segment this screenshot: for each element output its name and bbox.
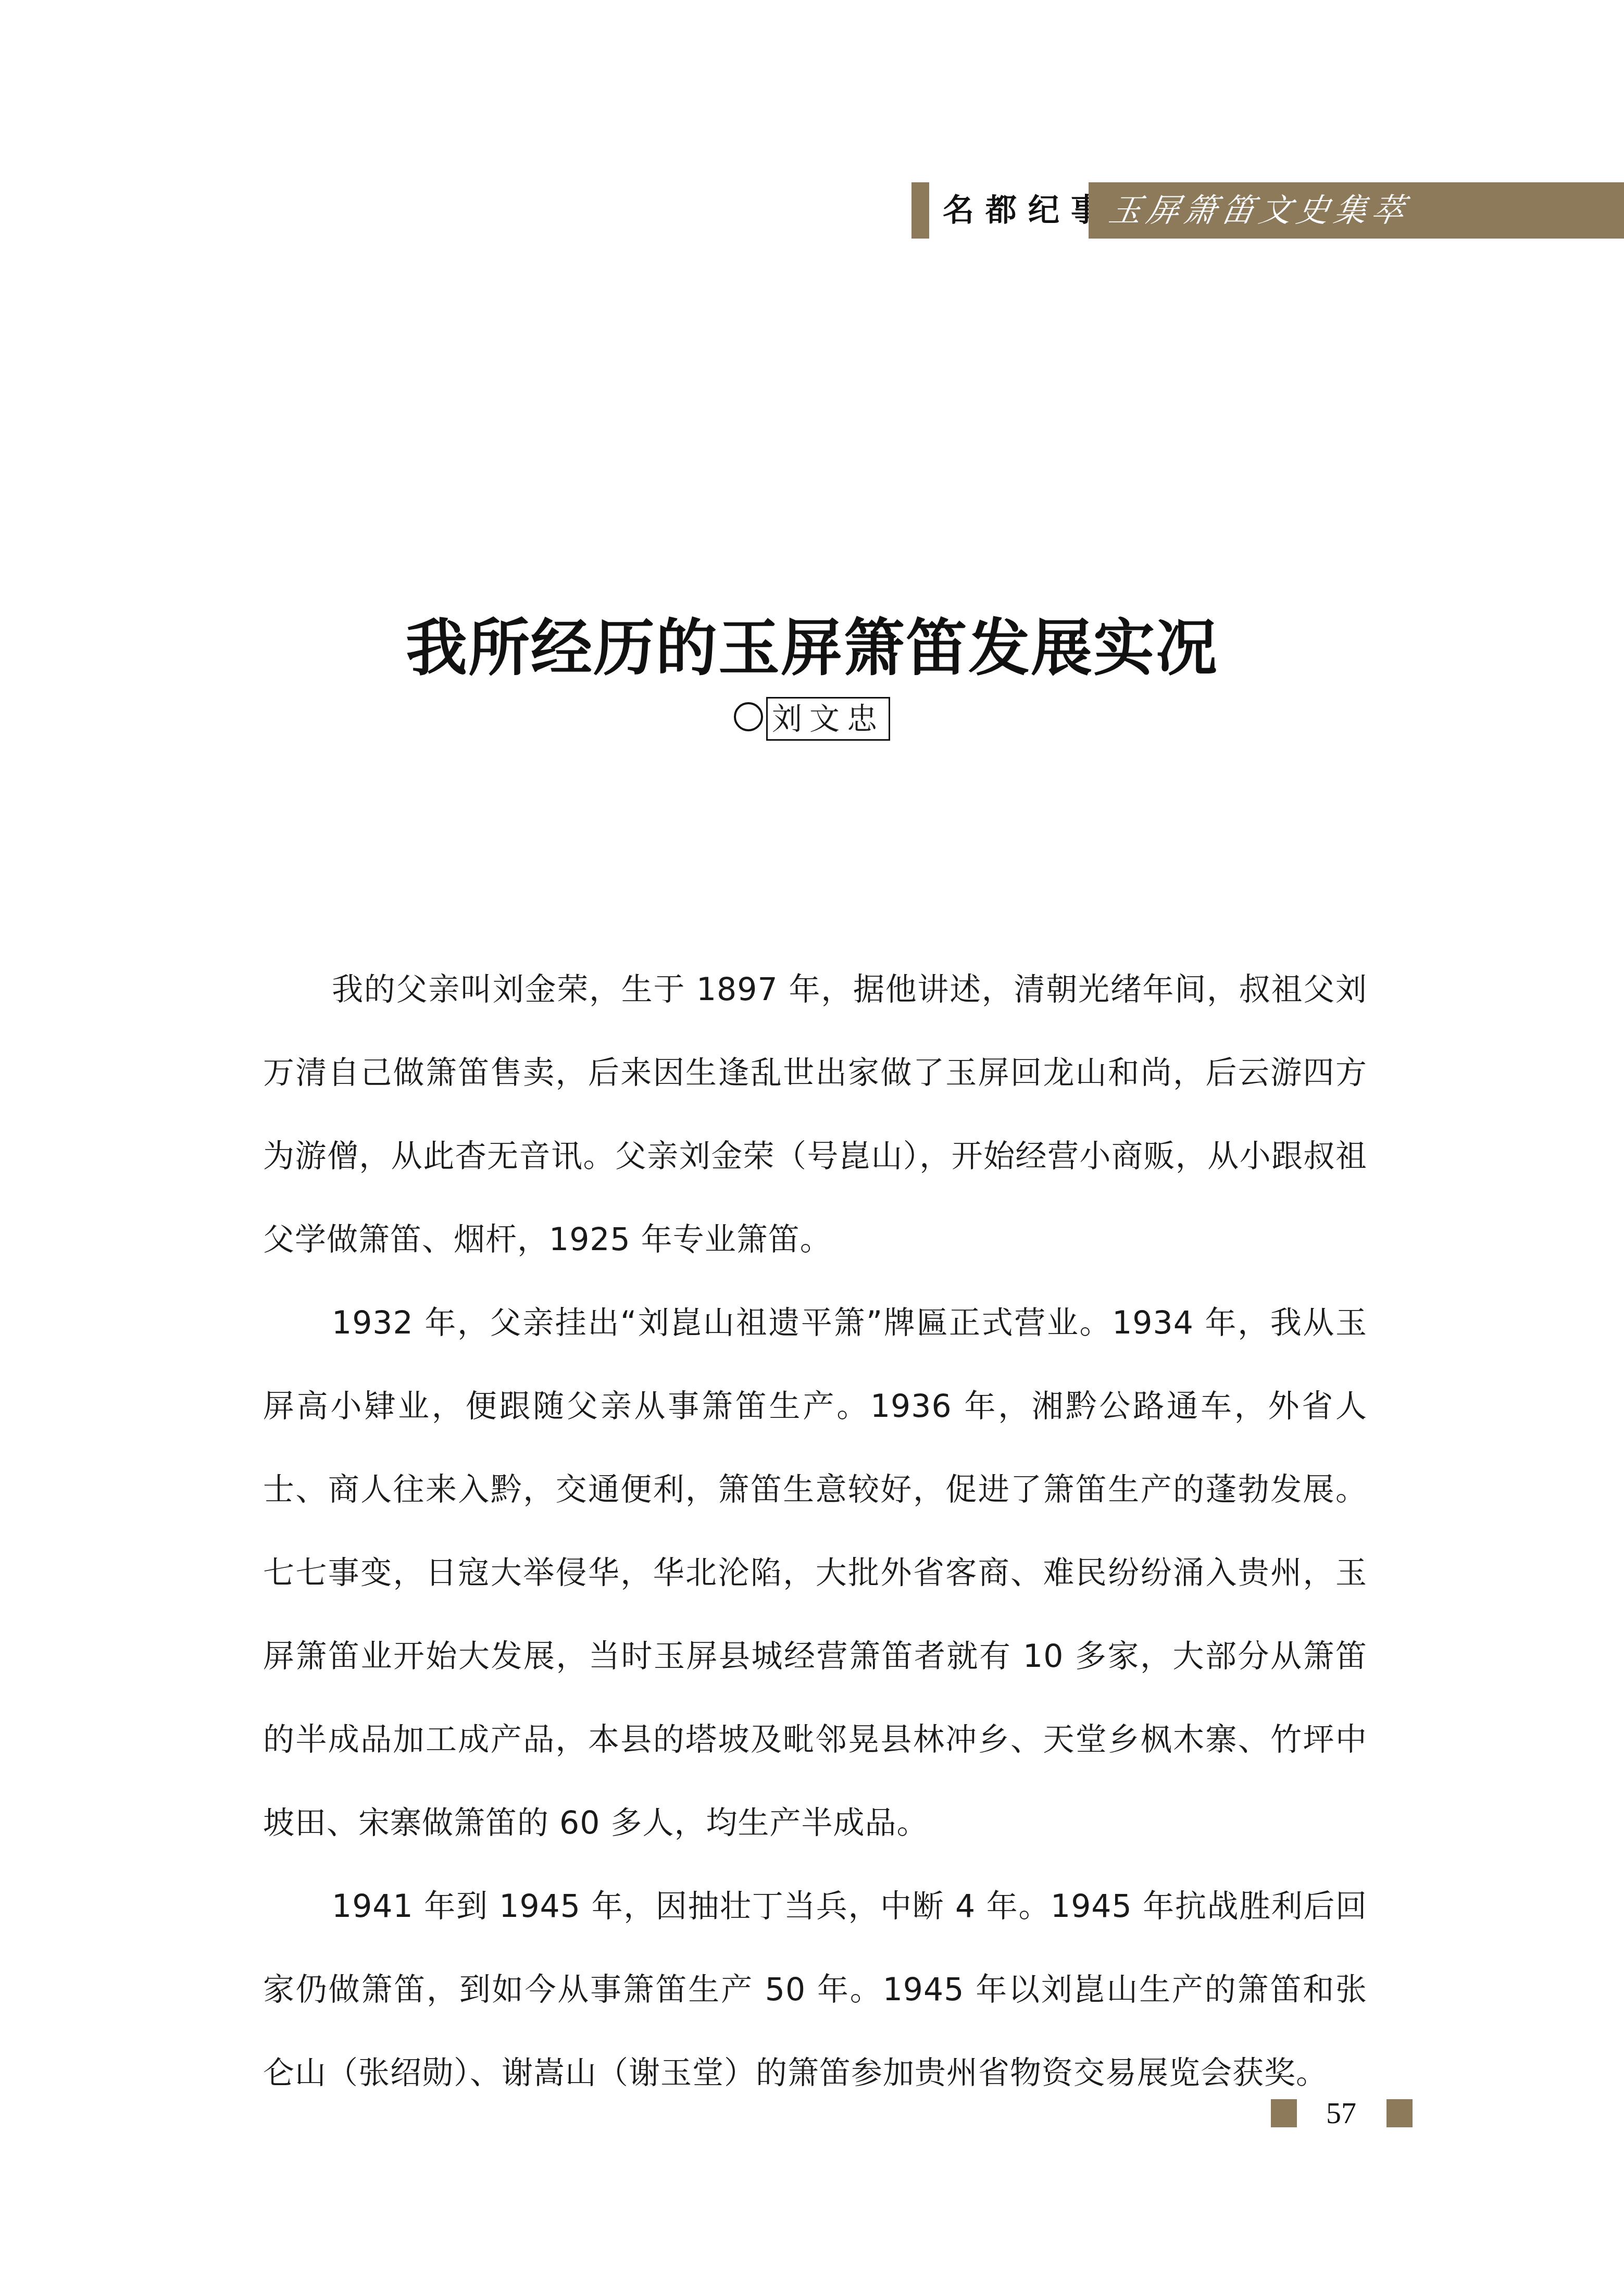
header-accent-bar: [911, 182, 929, 239]
footer-square-icon: [1271, 2099, 1297, 2127]
circle-marker-icon: [734, 702, 763, 731]
section-label: 名都纪事: [943, 190, 1114, 231]
author-name: 刘文忠: [766, 697, 890, 741]
page-footer: 57: [1271, 2099, 1427, 2127]
header-banner: 玉屏箫笛文史集萃: [1089, 182, 1624, 239]
footer-square-icon: [1386, 2099, 1413, 2127]
paragraph: 1941 年到 1945 年，因抽壮丁当兵，中断 4 年。1945 年抗战胜利后…: [263, 1865, 1367, 2115]
article-body: 我的父亲叫刘金荣，生于 1897 年，据他讲述，清朝光绪年间，叔祖父刘万清自己做…: [263, 948, 1367, 2115]
running-header: 名都纪事 玉屏箫笛文史集萃: [911, 182, 1624, 239]
article-title: 我所经历的玉屏箫笛发展实况: [0, 599, 1624, 687]
banner-calligraphy-title: 玉屏箫笛文史集萃: [1105, 188, 1414, 233]
paragraph: 1932 年，父亲挂出“刘崑山祖遗平箫”牌匾正式营业。1934 年，我从玉屏高小…: [263, 1281, 1367, 1865]
paragraph: 我的父亲叫刘金荣，生于 1897 年，据他讲述，清朝光绪年间，叔祖父刘万清自己做…: [263, 948, 1367, 1281]
page-number: 57: [1307, 2094, 1375, 2133]
byline: 刘文忠: [0, 695, 1624, 741]
